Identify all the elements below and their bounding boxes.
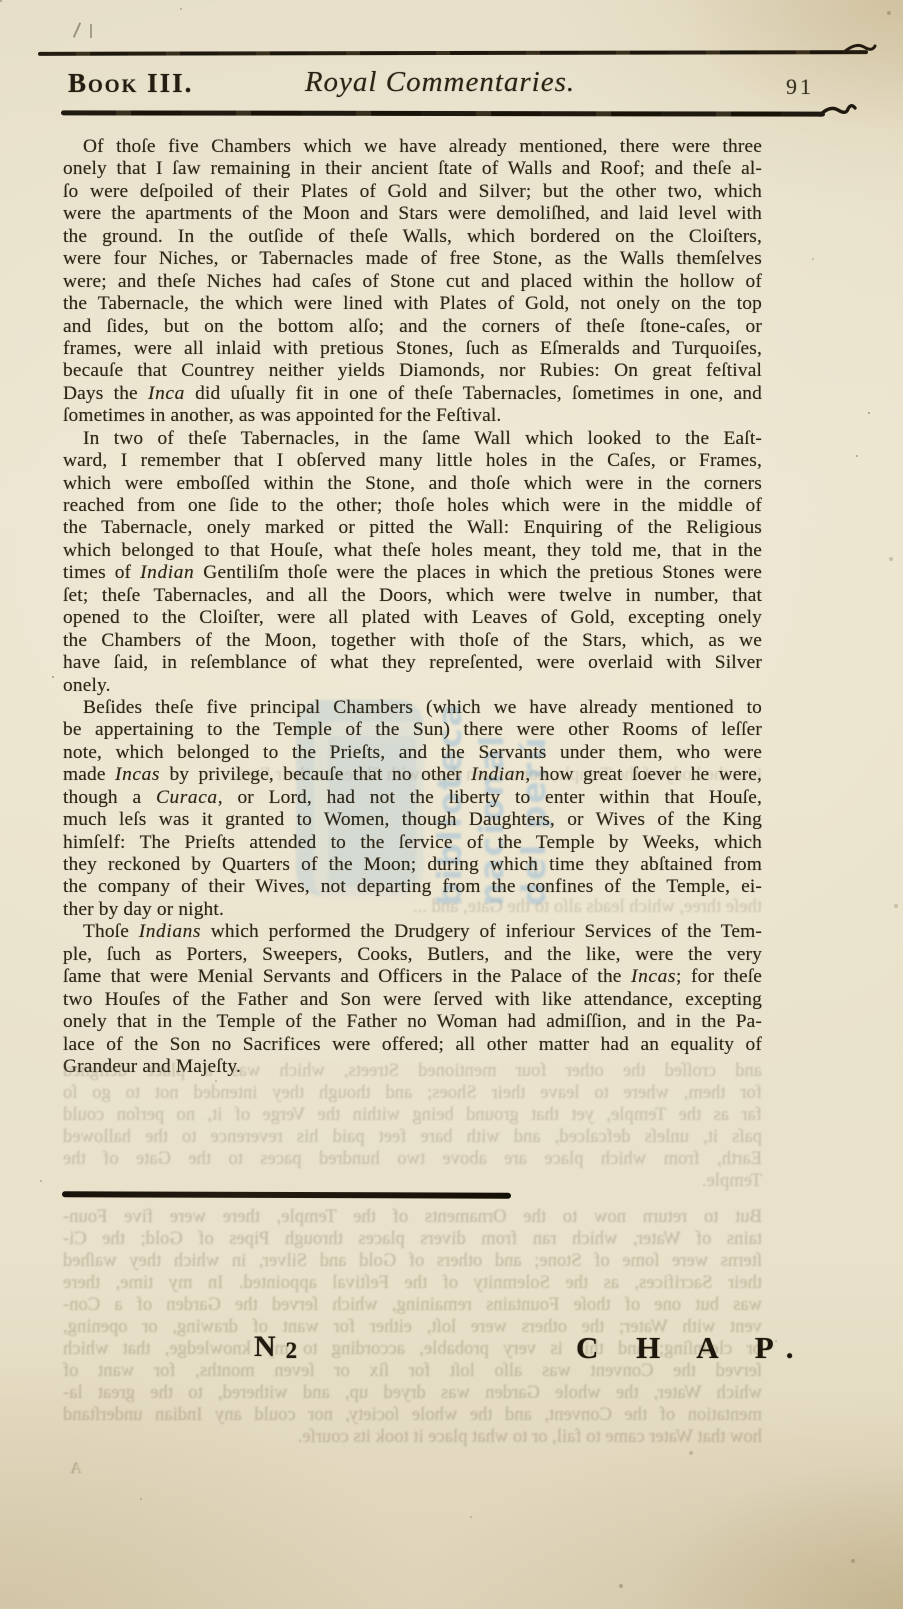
catchword: C H A P. <box>576 1330 809 1366</box>
text-line: Beſides theſe five principal Chambers (w… <box>63 697 762 719</box>
text-line: were four Niches, or Tabernacles made of… <box>63 248 762 270</box>
page-number: 91 <box>786 74 814 100</box>
text-line: opened to the Cloiſter, were all plated … <box>63 607 762 629</box>
paragraph: Of thoſe five Chambers which we have alr… <box>63 136 762 428</box>
bleedthrough-line: Earth, from which place are above two hu… <box>63 1148 762 1170</box>
bleedthrough-line: which Water, the whole Garden was dryed … <box>63 1382 762 1404</box>
text-line: made Incas by privilege, becauſe that no… <box>63 764 762 786</box>
bleedthrough-line: ſterns were ſome of Stone; and others of… <box>63 1250 762 1272</box>
bleedthrough-line: mentation of the Convent, and the whole … <box>63 1404 762 1426</box>
running-title: Royal Commentaries. <box>250 66 630 99</box>
text-line: which belonged to that Houſe, what theſe… <box>63 540 762 562</box>
bleedthrough-line: far as the Temple, yet that ground being… <box>63 1104 762 1126</box>
text-line: ſometimes in another, as was appointed f… <box>63 405 762 427</box>
text-line: the company of their Wives, not departin… <box>63 876 762 898</box>
text-line: much leſs was it granted to Women, thoug… <box>63 809 762 831</box>
pen-marks <box>74 22 104 44</box>
text-line: Thoſe Indians which performed the Drudge… <box>63 921 762 943</box>
text-line: onely. <box>63 675 762 697</box>
text-line: reached from one ſide to the other; thoſ… <box>63 495 762 517</box>
signature-number: 2 <box>286 1338 300 1363</box>
text-line: which were emboſſed within the Stone, an… <box>63 473 762 495</box>
bleedthrough-line: Temple. <box>63 1170 762 1192</box>
signature-letter: N <box>254 1330 278 1363</box>
text-line: ther by day or night. <box>63 899 762 921</box>
text-line: onely that I ſaw remaining in their anci… <box>63 158 762 180</box>
text-line: Days the Inca did uſually fit in one of … <box>63 383 762 405</box>
rule-flourish <box>818 99 858 125</box>
text-line: onely that in the Temple of the Father n… <box>63 1011 762 1033</box>
paragraph: Beſides theſe five principal Chambers (w… <box>63 697 762 921</box>
book-label: Book III. <box>68 68 193 99</box>
text-line: though a Curaca, or Lord, had not the li… <box>63 787 762 809</box>
body-text: Of thoſe five Chambers which we have alr… <box>63 136 762 1078</box>
text-line: and ſides, but on the bottom alſo; and t… <box>63 316 762 338</box>
paragraph: Thoſe Indians which performed the Drudge… <box>63 921 762 1078</box>
text-line: ſet; theſe Tabernacles, and all the Door… <box>63 585 762 607</box>
bleedthrough-line: tains of Water, which ran from divers pl… <box>63 1228 762 1250</box>
bleedthrough-line: their Sacrifices, as the Solemnity of th… <box>63 1272 762 1294</box>
bleedthrough-line: But to return now to the Ornaments of th… <box>63 1206 762 1228</box>
text-line: frames, were all inlaid with pretious St… <box>63 338 762 360</box>
verso-bleedthrough-text: and croſſed the other four mentioned Str… <box>63 1060 762 1192</box>
bleedthrough-line: and croſſed the other four mentioned Str… <box>63 1060 762 1082</box>
bleedthrough-line: for them, where to leave their Shoes; an… <box>63 1082 762 1104</box>
text-line: the ground. In the outſide of theſe Wall… <box>63 226 762 248</box>
text-line: ple, ſuch as Porters, Sweepers, Cooks, B… <box>63 944 762 966</box>
paper-stain <box>643 1459 903 1609</box>
bleedthrough-line: how that Water came to fail, or to what … <box>63 1426 762 1448</box>
text-line: lace of the Son no Sacrifices were offer… <box>63 1034 762 1056</box>
book-page-scan: Book III. Royal Commentaries. 91 bibliot… <box>0 0 903 1609</box>
text-line: two Houſes of the Father and Son were ſe… <box>63 989 762 1011</box>
text-line: were; and theſe Niches had caſes of Ston… <box>63 271 762 293</box>
text-line: were the apartments of the Moon and Star… <box>63 203 762 225</box>
text-line: ward, I remember that I obſerved many li… <box>63 450 762 472</box>
paper-specks <box>0 0 2 2</box>
text-line: the Tabernacle, onely marked or pitted t… <box>63 517 762 539</box>
text-line: In two of theſe Tabernacles, in the ſame… <box>63 428 762 450</box>
signature-mark: N2 <box>254 1330 299 1364</box>
bleedthrough-line: paſs it, unleſs defcalced, and with bare… <box>63 1126 762 1148</box>
page-header: Book III. Royal Commentaries. 91 <box>0 66 903 110</box>
rule-flourish <box>842 38 878 58</box>
text-line: times of Indian Gentiliſm thoſe were the… <box>63 562 762 584</box>
text-line: they reckoned by Quarters of the Moon; d… <box>63 854 762 876</box>
text-line: ſo were deſpoiled of their Plates of Gol… <box>63 181 762 203</box>
text-line: becauſe that Countrey neither yields Dia… <box>63 360 762 382</box>
bleedthrough-line: was but one of thoſe Fountains remaining… <box>63 1294 762 1316</box>
section-end-rule <box>62 1191 511 1198</box>
text-line: the Tabernacle, the which were lined wit… <box>63 293 762 315</box>
text-line: note, which belonged to the Prieſts, and… <box>63 742 762 764</box>
text-line: ſame that were Menial Servants and Offic… <box>63 966 762 988</box>
text-line: have ſaid, in reſemblance of what they r… <box>63 652 762 674</box>
paragraph: In two of theſe Tabernacles, in the ſame… <box>63 428 762 697</box>
text-line: the Chambers of the Moon, together with … <box>63 630 762 652</box>
verso-bleedthrough-mark: A <box>70 1460 82 1478</box>
verso-bleedthrough-text: But to return now to the Ornaments of th… <box>63 1206 762 1448</box>
text-line: be appertaining to the Temple of the Sun… <box>63 719 762 741</box>
text-line: himſelf: The Prieſts attended to the ſer… <box>63 832 762 854</box>
header-rule-bottom <box>61 110 825 116</box>
text-line: Of thoſe five Chambers which we have alr… <box>63 136 762 158</box>
